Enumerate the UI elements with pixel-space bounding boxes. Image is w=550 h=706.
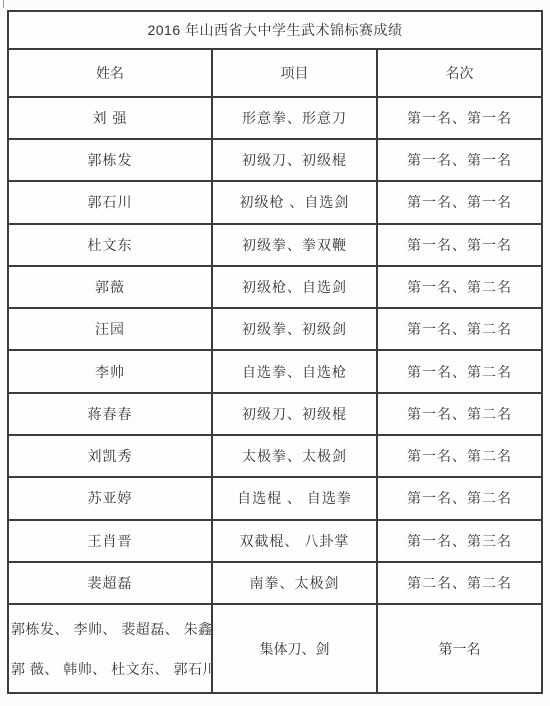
- table-row: 刘 强 形意拳、形意刀 第一名、第一名: [8, 97, 542, 139]
- name-cell: 裴超磊: [8, 562, 212, 604]
- event-cell: 自选棍 、 自选拳: [212, 477, 377, 519]
- name-cell: 刘 强: [8, 97, 212, 139]
- name-cell: 蒋春春: [8, 393, 212, 435]
- name-cell: 汪园: [8, 308, 212, 350]
- name-cell: 郭栋发: [8, 139, 212, 181]
- event-cell: 初级刀、初级棍: [212, 139, 377, 181]
- event-cell: 初级刀、初级棍: [212, 393, 377, 435]
- table-row: 汪园 初级拳、初级剑 第一名、第二名: [8, 308, 542, 350]
- table-row: 蒋春春 初级刀、初级棍 第一名、第二名: [8, 393, 542, 435]
- table-title: 2016 年山西省大中学生武术锦标赛成绩: [8, 11, 542, 49]
- rank-cell: 第一名、第二名: [377, 350, 542, 392]
- results-table: 2016 年山西省大中学生武术锦标赛成绩 姓名 项目 名次 刘 强 形意拳、形意…: [7, 10, 543, 694]
- col-header-name: 姓名: [8, 49, 212, 96]
- rank-cell: 第二名、第二名: [377, 562, 542, 604]
- table-row: 苏亚婷 自选棍 、 自选拳 第一名、第二名: [8, 477, 542, 519]
- team-names-line1: 郭栋发、 李帅、 裴超磊、 朱鑫鹏: [11, 609, 209, 649]
- team-rank-cell: 第一名: [377, 604, 542, 693]
- event-cell: 初级枪、自选剑: [212, 266, 377, 308]
- name-cell: 郭石川: [8, 181, 212, 223]
- team-names-line2: 郭 薇、 韩帅、 杜文东、 郭石川: [11, 649, 209, 689]
- rank-cell: 第一名、第二名: [377, 266, 542, 308]
- table-row: 刘凯秀 太极拳、太极剑 第一名、第二名: [8, 435, 542, 477]
- team-row: 郭栋发、 李帅、 裴超磊、 朱鑫鹏 郭 薇、 韩帅、 杜文东、 郭石川 集体刀、…: [8, 604, 542, 693]
- col-header-rank: 名次: [377, 49, 542, 96]
- table-row: 郭栋发 初级刀、初级棍 第一名、第一名: [8, 139, 542, 181]
- rank-cell: 第一名、第二名: [377, 393, 542, 435]
- table-row: 裴超磊 南拳、太极剑 第二名、第二名: [8, 562, 542, 604]
- team-event-cell: 集体刀、剑: [212, 604, 377, 693]
- header-row: 姓名 项目 名次: [8, 49, 542, 96]
- table-row: 李帅 自选拳、自选枪 第一名、第二名: [8, 350, 542, 392]
- event-cell: 南拳、太极剑: [212, 562, 377, 604]
- rank-cell: 第一名、第一名: [377, 97, 542, 139]
- event-cell: 形意拳、形意刀: [212, 97, 377, 139]
- table-row: 郭石川 初级枪 、自选剑 第一名、第一名: [8, 181, 542, 223]
- name-cell: 郭薇: [8, 266, 212, 308]
- table-row: 王肖晋 双截棍、 八卦掌 第一名、第三名: [8, 520, 542, 562]
- document-page: 2016 年山西省大中学生武术锦标赛成绩 姓名 项目 名次 刘 强 形意拳、形意…: [0, 0, 550, 706]
- name-cell: 王肖晋: [8, 520, 212, 562]
- rank-cell: 第一名、第二名: [377, 477, 542, 519]
- team-names-cell: 郭栋发、 李帅、 裴超磊、 朱鑫鹏 郭 薇、 韩帅、 杜文东、 郭石川: [8, 604, 212, 693]
- rank-cell: 第一名、第三名: [377, 520, 542, 562]
- event-cell: 初级拳、拳双鞭: [212, 224, 377, 266]
- table-row: 郭薇 初级枪、自选剑 第一名、第二名: [8, 266, 542, 308]
- name-cell: 刘凯秀: [8, 435, 212, 477]
- event-cell: 太极拳、太极剑: [212, 435, 377, 477]
- crop-artifact-tick: [3, 0, 4, 8]
- title-row: 2016 年山西省大中学生武术锦标赛成绩: [8, 11, 542, 49]
- event-cell: 初级拳、初级剑: [212, 308, 377, 350]
- col-header-event: 项目: [212, 49, 377, 96]
- rank-cell: 第一名、第一名: [377, 181, 542, 223]
- name-cell: 李帅: [8, 350, 212, 392]
- event-cell: 初级枪 、自选剑: [212, 181, 377, 223]
- name-cell: 杜文东: [8, 224, 212, 266]
- name-cell: 苏亚婷: [8, 477, 212, 519]
- rank-cell: 第一名、第二名: [377, 308, 542, 350]
- rank-cell: 第一名、第一名: [377, 224, 542, 266]
- event-cell: 自选拳、自选枪: [212, 350, 377, 392]
- rank-cell: 第一名、第一名: [377, 139, 542, 181]
- table-row: 杜文东 初级拳、拳双鞭 第一名、第一名: [8, 224, 542, 266]
- event-cell: 双截棍、 八卦掌: [212, 520, 377, 562]
- rank-cell: 第一名、第二名: [377, 435, 542, 477]
